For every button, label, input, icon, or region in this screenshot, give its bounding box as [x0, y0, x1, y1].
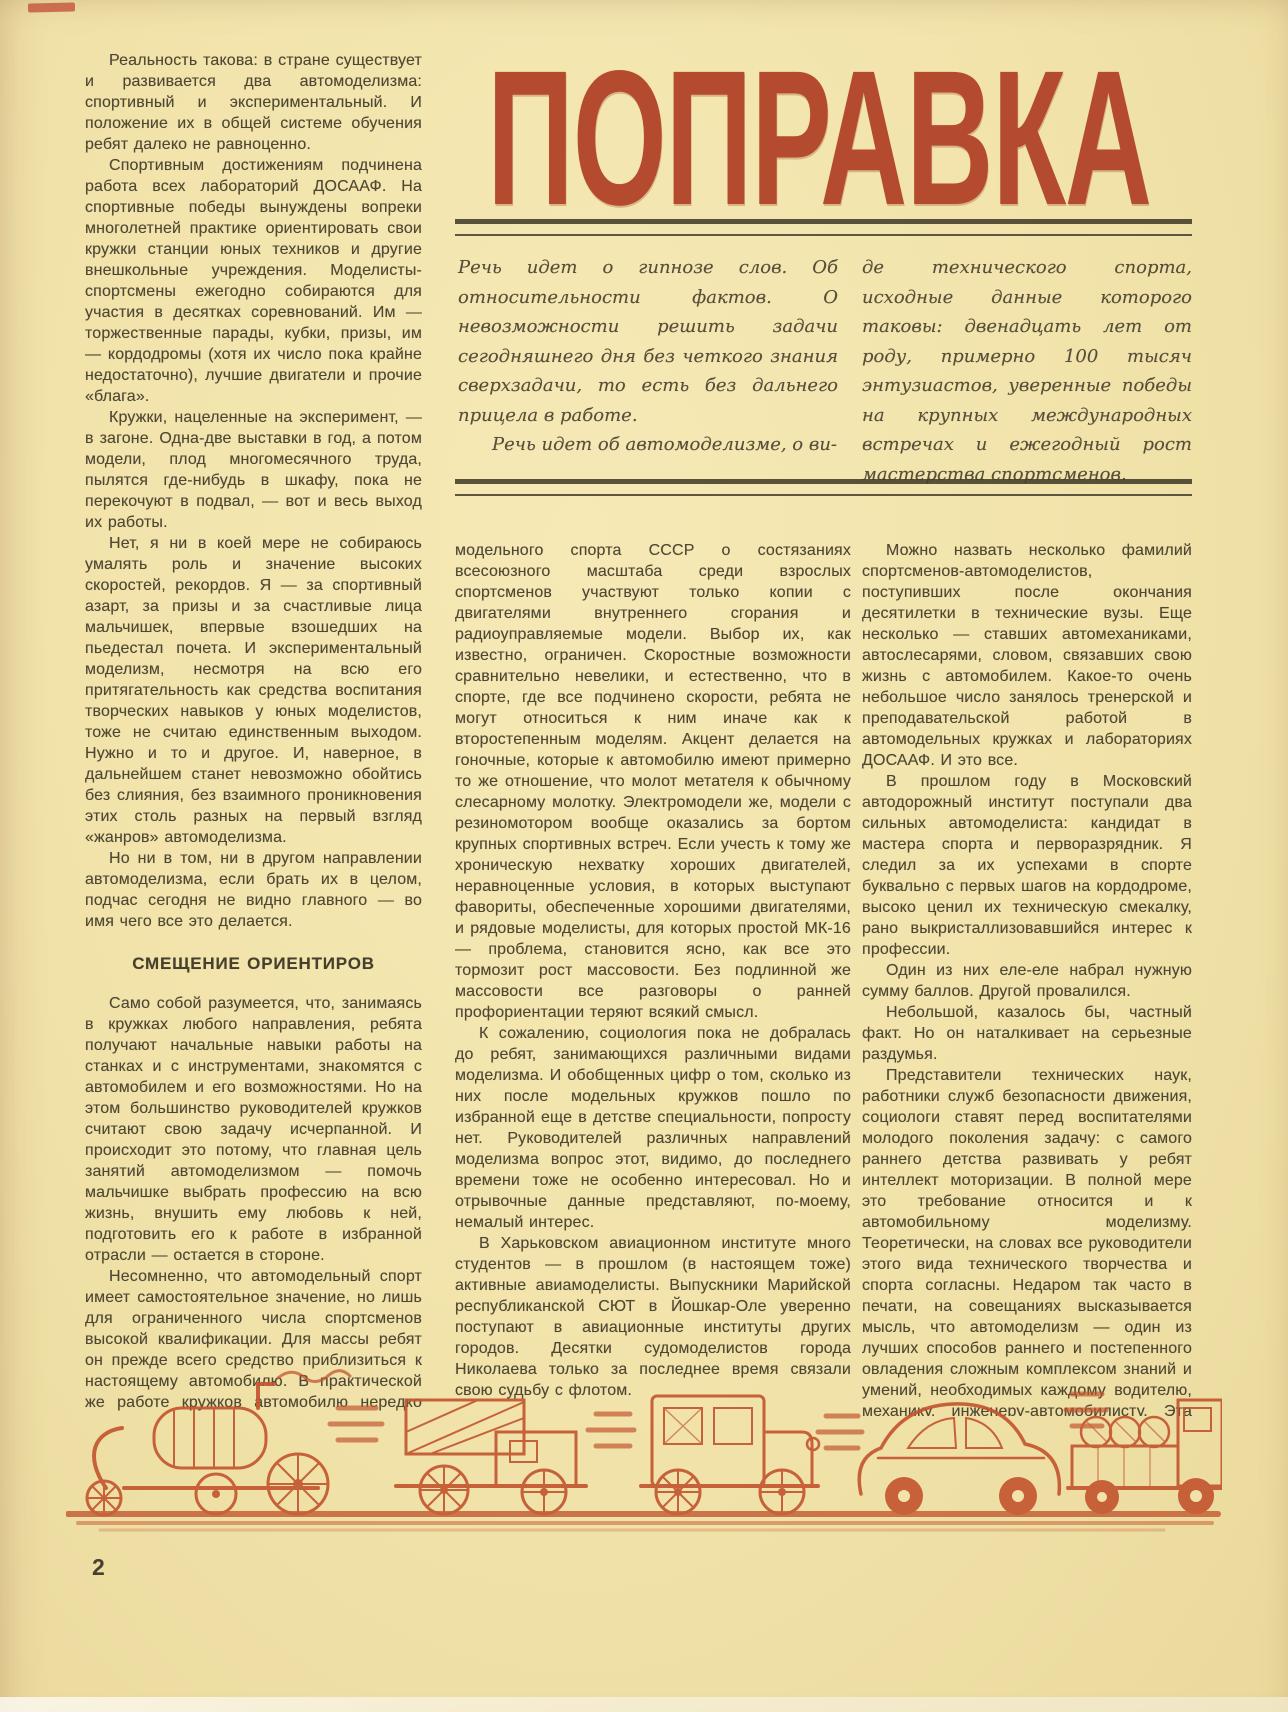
- magazine-page: ПОПРАВКА Речь идет о гипнозе слов. Об от…: [0, 0, 1288, 1712]
- article-column-middle: модельного спорта СССР о состязаниях все…: [455, 540, 851, 1416]
- vintage-vehicles-illustration: [66, 1338, 1222, 1534]
- paragraph: Речь идет об автомоделизме, о ви-: [458, 430, 838, 460]
- paragraph: Но ни в том, ни в другом направлении авт…: [85, 848, 422, 932]
- paragraph: Нет, я ни в коей мере не собираюсь умаля…: [85, 533, 422, 848]
- paragraph: Небольшой, казалось бы, частный факт. Но…: [862, 1002, 1192, 1065]
- paragraph: Спортивным достижениям подчинена работа …: [85, 155, 422, 407]
- paragraph: Кружки, нацеленные на эксперимент, — в з…: [85, 407, 422, 533]
- page-number: 2: [92, 1554, 105, 1581]
- paragraph: де технического спорта, исходные данные …: [862, 253, 1192, 489]
- left-column-top-paragraphs: Реальность такова: в стране существует и…: [85, 50, 422, 932]
- paragraph: К сожалению, социология пока не добралас…: [455, 1023, 851, 1233]
- lede-divider: [455, 479, 1192, 496]
- headline-divider: [455, 219, 1192, 236]
- scan-edge-artifact: [0, 1697, 1288, 1712]
- paragraph: модельного спорта СССР о состязаниях все…: [455, 540, 851, 1023]
- article-column-left: Реальность такова: в стране существует и…: [85, 50, 422, 1418]
- article-column-right: Можно назвать несколько фамилий спортсме…: [862, 540, 1192, 1416]
- paragraph: Речь идет о гипнозе слов. Об относительн…: [458, 253, 838, 430]
- lede-column-1: Речь идет о гипнозе слов. Об относительн…: [458, 253, 838, 489]
- lede-column-2: де технического спорта, исходные данные …: [862, 253, 1192, 489]
- paragraph: Реальность такова: в стране существует и…: [85, 50, 422, 155]
- lede-section: Речь идет о гипнозе слов. Об относительн…: [458, 253, 1192, 489]
- section-heading: СМЕЩЕНИЕ ОРИЕНТИРОВ: [85, 953, 422, 974]
- page-title: ПОПРАВКА: [487, 42, 1151, 234]
- paragraph: Само собой разумеется, что, занимаясь в …: [85, 993, 422, 1266]
- paragraph: Один из них еле-еле набрал нужную сумму …: [862, 960, 1192, 1002]
- print-smudge-mark: [28, 3, 75, 13]
- paragraph: Можно назвать несколько фамилий спортсме…: [862, 540, 1192, 771]
- paragraph: В прошлом году в Московский автодорожный…: [862, 771, 1192, 960]
